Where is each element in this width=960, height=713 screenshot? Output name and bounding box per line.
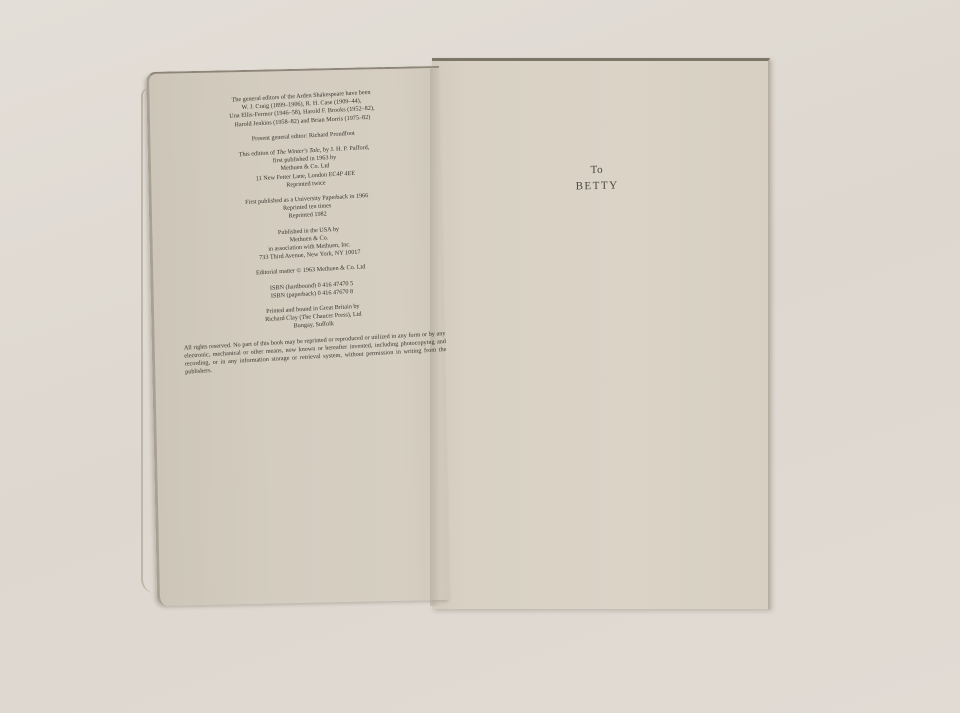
dedication-to: To — [572, 162, 622, 179]
open-book: The general editors of the Arden Shakesp… — [0, 0, 960, 713]
dedication: To BETTY — [572, 162, 623, 195]
usa-block: Published in the USA by Methuen & Co. in… — [178, 220, 441, 267]
dedication-name: BETTY — [572, 178, 622, 195]
copyright-text: The general editors of the Arden Shakesp… — [170, 85, 447, 377]
right-page — [432, 58, 770, 609]
edition-block: This edition of The Winter's Tale, by J.… — [173, 140, 437, 196]
